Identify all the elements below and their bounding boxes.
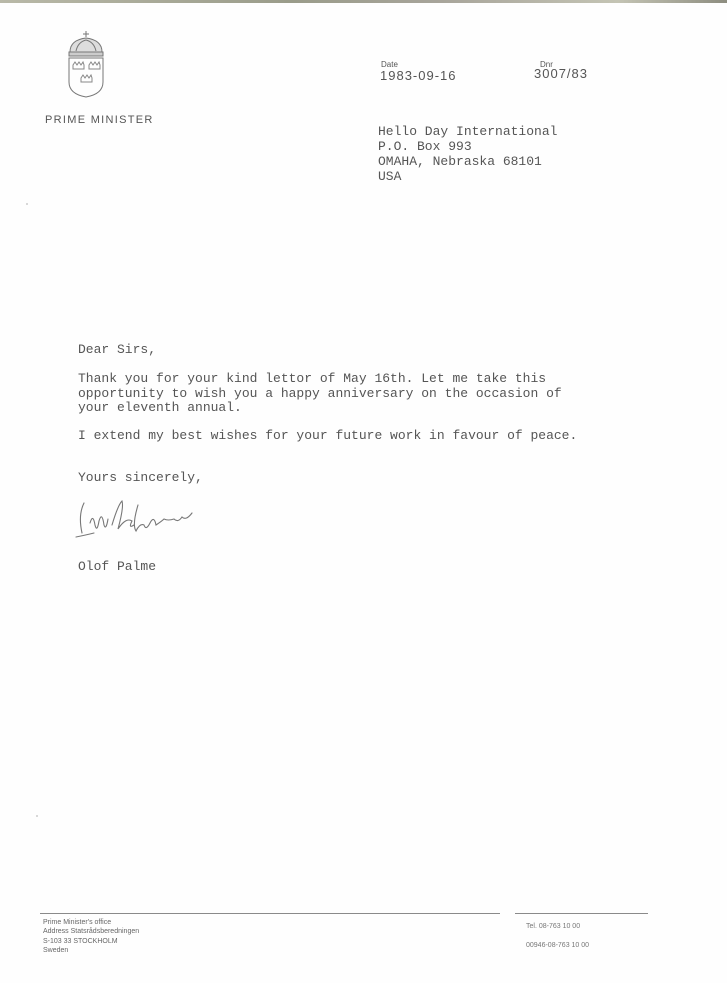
address-line: USA bbox=[378, 169, 557, 184]
closing: Yours sincerely, bbox=[78, 471, 203, 486]
footer-address: Prime Minister's office Address Statsråd… bbox=[43, 918, 139, 955]
paragraph: Thank you for your kind lettor of May 16… bbox=[78, 372, 562, 416]
address-line: Hello Day International bbox=[378, 124, 557, 139]
scan-top-edge bbox=[0, 0, 727, 3]
footer-divider bbox=[40, 913, 500, 914]
dnr-value: 3007/83 bbox=[534, 66, 588, 81]
signature-icon bbox=[70, 495, 240, 545]
footer-address-line: Sweden bbox=[43, 946, 139, 955]
signatory-name: Olof Palme bbox=[78, 560, 156, 575]
footer-intl-telephone: 00946-08-763 10 00 bbox=[526, 942, 589, 949]
footer-divider bbox=[515, 913, 648, 914]
address-line: P.O. Box 993 bbox=[378, 139, 557, 154]
scan-speck bbox=[36, 815, 38, 817]
salutation: Dear Sirs, bbox=[78, 343, 156, 358]
date-value: 1983-09-16 bbox=[380, 68, 457, 83]
coat-of-arms-icon bbox=[62, 30, 110, 98]
footer-address-line: Address Statsrådsberedningen bbox=[43, 927, 139, 936]
scan-speck bbox=[26, 203, 28, 205]
address-line: OMAHA, Nebraska 68101 bbox=[378, 154, 557, 169]
paragraph: I extend my best wishes for your future … bbox=[78, 429, 577, 444]
footer-telephone: Tel. 08-763 10 00 bbox=[526, 923, 580, 930]
recipient-address: Hello Day International P.O. Box 993 OMA… bbox=[378, 124, 557, 184]
footer-address-line: S-103 33 STOCKHOLM bbox=[43, 937, 139, 946]
footer-address-line: Prime Minister's office bbox=[43, 918, 139, 927]
office-title: PRIME MINISTER bbox=[45, 114, 154, 126]
